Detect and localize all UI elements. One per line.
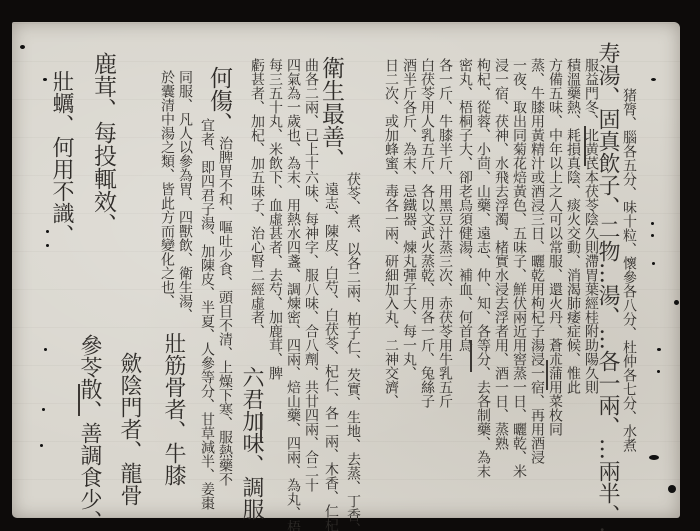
text-column: 密丸、梧桐子大、卻老烏須健湯、補血、何首烏 — [451, 58, 472, 508]
binding-hole — [651, 222, 654, 225]
binding-hole — [20, 45, 25, 49]
section-divider — [584, 126, 586, 166]
binding-hole — [652, 262, 655, 265]
verse-column: 壯蠣、何用不識、 — [42, 70, 72, 270]
binding-hole — [657, 348, 661, 351]
binding-hole — [651, 234, 654, 237]
section-divider — [546, 360, 548, 390]
section-divider — [470, 340, 472, 372]
verse-column: 鹿茸、每投輒效、 — [84, 52, 114, 252]
verse-column: 參苓散、善調食少、 — [70, 334, 100, 514]
manuscript-page: 寿湯、固真飲子、二物…湯、…各一兩、…兩半、…知 猪膂、腦各五分、味十粒、懷參各… — [12, 22, 680, 518]
binding-hole — [674, 300, 679, 305]
section-divider — [78, 384, 80, 416]
section-heading: 六君加味、調服 — [232, 366, 262, 516]
text-column: 虧甚者、加杞、加五味子、治心腎二經虛者、 — [243, 58, 264, 358]
section-divider — [260, 412, 262, 442]
text-column: 於囊清中湯之類、皆此方而變化之也、 — [153, 70, 174, 330]
binding-hole — [42, 408, 45, 411]
text-column: 宜者、即四君子湯、加陳皮、半夏、人參等分、甘草減半、姜棗 — [193, 118, 214, 508]
text-column: 遠志、陳皮、白芍、白茯苓、杞仁、各一兩、木香、仁杞子、桔神 — [317, 182, 338, 502]
binding-hole — [44, 348, 47, 351]
text-column: 猪膂、腦各五分、味十粒、懷參各八分、杜仲各七分、水煮 — [615, 88, 636, 508]
text-column: 日二次、或加蜂蜜、毒各一兩、研細加入丸、二神交濟、 — [377, 58, 398, 508]
text-column: 茯苓、煮、以各二兩、柏子仁、芡實、生地、去蒸、丁香、各當 — [339, 172, 360, 502]
binding-hole — [651, 78, 656, 81]
binding-hole — [668, 485, 676, 493]
binding-hole — [657, 370, 660, 373]
section-heading: 壯筋骨者、牛膝 — [154, 332, 184, 512]
binding-hole — [43, 78, 47, 81]
binding-hole — [46, 244, 49, 247]
binding-hole — [46, 230, 49, 233]
binding-hole — [649, 455, 659, 460]
binding-hole — [40, 444, 43, 447]
verse-column: 歛陰門者、龍骨 — [110, 352, 140, 512]
